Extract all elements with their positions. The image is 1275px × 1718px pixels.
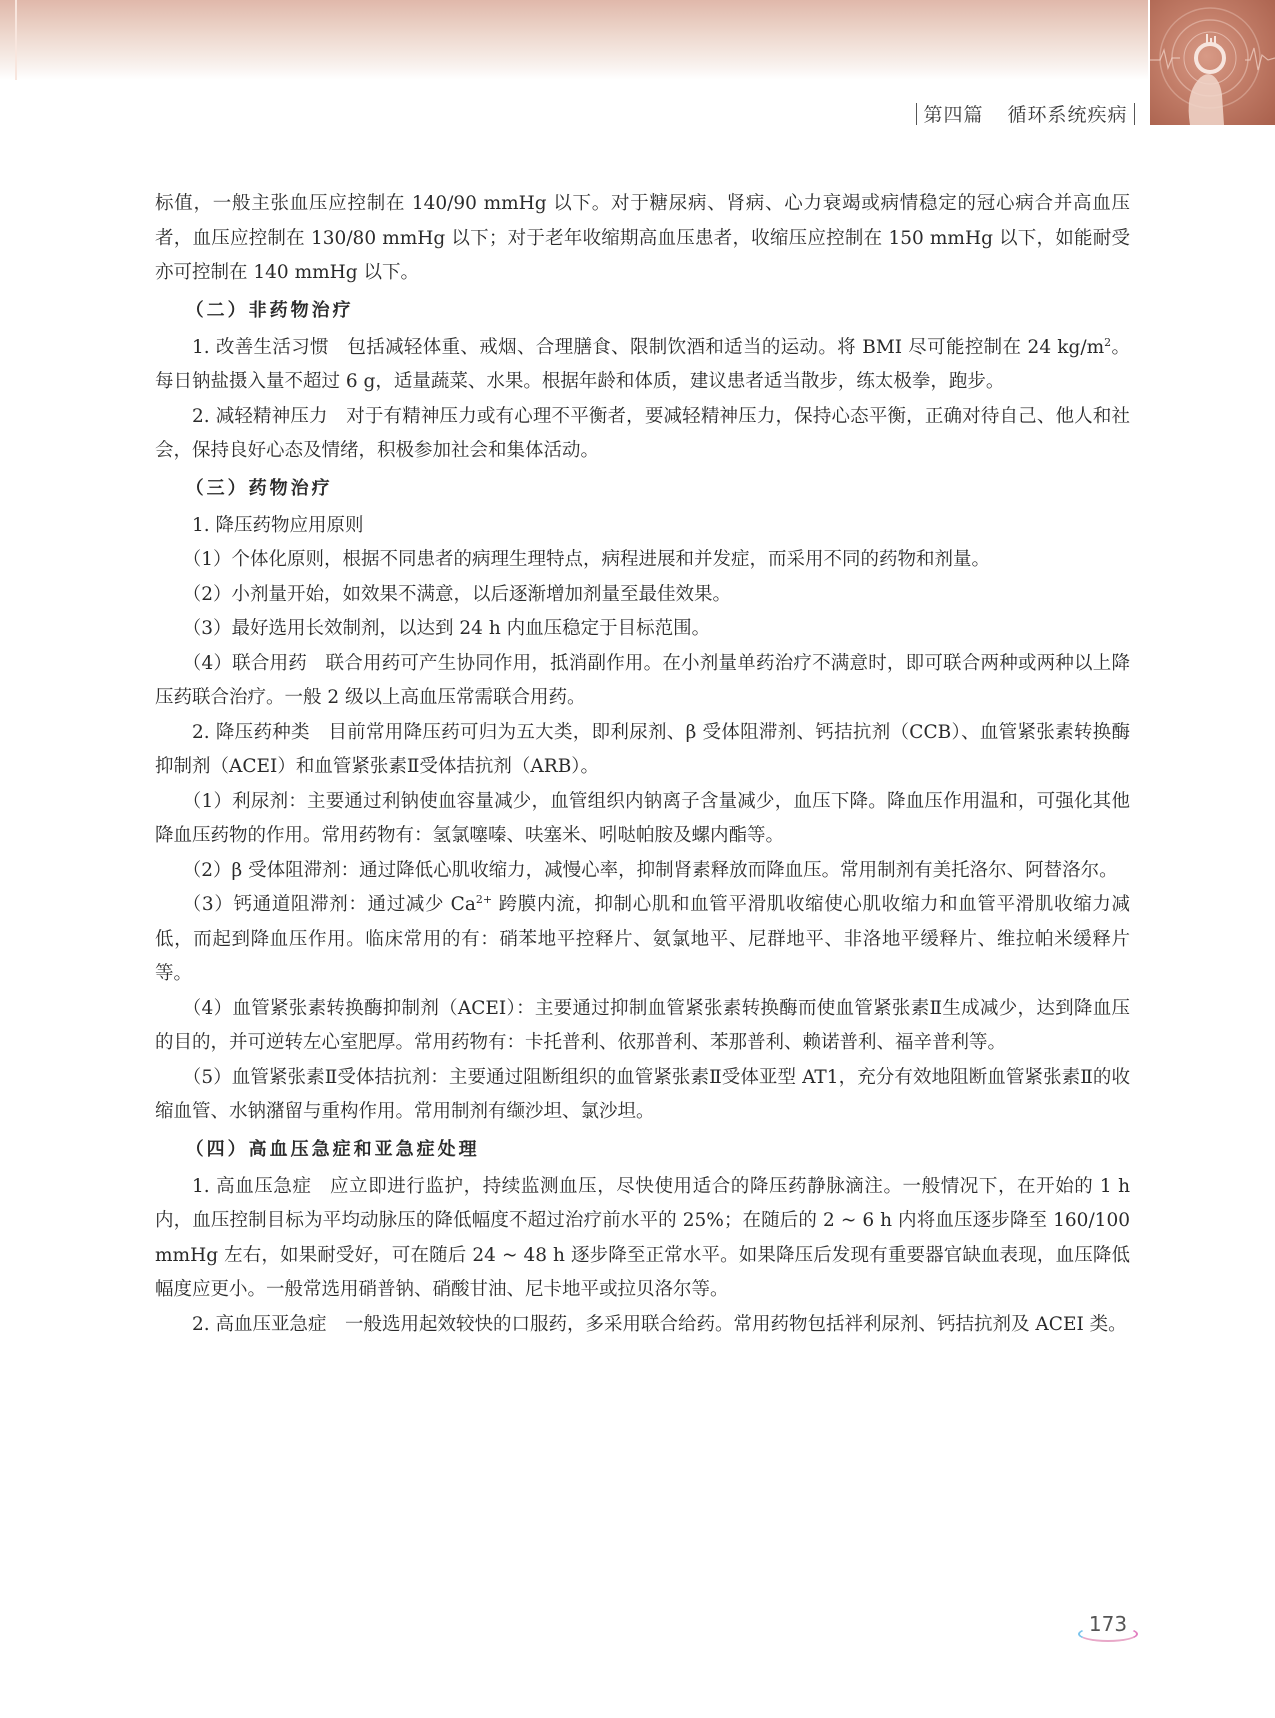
drug-class-ccb: （3）钙通道阻滞剂：通过减少 Ca2+ 跨膜内流，抑制心肌和血管平滑肌收缩使心肌…: [155, 888, 1130, 992]
item-label: （4）联合用药: [183, 653, 307, 674]
drug-class-arb: （5）血管紧张素Ⅱ受体拮抗剂：主要通过阻断组织的血管紧张素Ⅱ受体亚型 AT1，充…: [155, 1061, 1130, 1130]
paragraph-hypertensive-urgency: 2. 高血压亚急症一般选用起效较快的口服药，多采用联合给药。常用药物包括袢利尿剂…: [155, 1308, 1130, 1343]
running-header: 第四篇 循环系统疾病: [916, 100, 1135, 127]
page-number-text: 173: [1089, 1612, 1127, 1636]
part-label: 第四篇: [923, 100, 983, 127]
principle-item: （4）联合用药联合用药可产生协同作用，抵消副作用。在小剂量单药治疗不满意时，即可…: [155, 647, 1130, 716]
section-heading-emergency: （四）高血压急症和亚急症处理: [155, 1130, 1130, 1170]
principles-title: 1. 降压药物应用原则: [155, 509, 1130, 544]
page-body: 标值，一般主张血压应控制在 140/90 mmHg 以下。对于糖尿病、肾病、心力…: [155, 187, 1130, 1342]
paragraph-text: 包括减轻体重、戒烟、合理膳食、限制饮酒和适当的运动。将 BMI 尽可能控制在 2…: [347, 337, 1104, 358]
intro-paragraph: 标值，一般主张血压应控制在 140/90 mmHg 以下。对于糖尿病、肾病、心力…: [155, 187, 1130, 291]
header-divider: [916, 103, 918, 125]
item-label: 2. 降压药种类: [192, 722, 310, 743]
header-band: [0, 0, 1148, 80]
stethoscope-illustration: [1150, 0, 1275, 125]
paragraph-lifestyle: 1. 改善生活习惯包括减轻体重、戒烟、合理膳食、限制饮酒和适当的运动。将 BMI…: [155, 331, 1130, 400]
drug-types-paragraph: 2. 降压药种类目前常用降压药可归为五大类，即利尿剂、β 受体阻滞剂、钙拮抗剂（…: [155, 716, 1130, 785]
paragraph-stress: 2. 减轻精神压力对于有精神压力或有心理不平衡者，要减轻精神压力，保持心态平衡，…: [155, 400, 1130, 469]
principle-item: （2）小剂量开始，如效果不满意，以后逐渐增加剂量至最佳效果。: [155, 578, 1130, 613]
page-number: 173: [1078, 1612, 1138, 1644]
section-heading-drug: （三）药物治疗: [155, 469, 1130, 509]
item-label: 2. 高血压亚急症: [192, 1314, 327, 1335]
drug-class-diuretics: （1）利尿剂：主要通过利钠使血容量减少，血管组织内钠离子含量减少，血压下降。降血…: [155, 785, 1130, 854]
stethoscope-icon: [1150, 0, 1275, 125]
superscript: 2+: [476, 893, 492, 906]
paragraph-hypertensive-emergency: 1. 高血压急症应立即进行监护，持续监测血压，尽快使用适合的降压药静脉滴注。一般…: [155, 1170, 1130, 1308]
drug-class-beta-blockers: （2）β 受体阻滞剂：通过降低心肌收缩力，减慢心率，抑制肾素释放而降血压。常用制…: [155, 854, 1130, 889]
drug-class-acei: （4）血管紧张素转换酶抑制剂（ACEI）：主要通过抑制血管紧张素转换酶而使血管紧…: [155, 992, 1130, 1061]
section-heading-non-drug: （二）非药物治疗: [155, 291, 1130, 331]
item-label: 2. 减轻精神压力: [192, 406, 328, 427]
item-label: 1. 改善生活习惯: [192, 337, 329, 358]
paragraph-text: （3）钙通道阻滞剂：通过减少 Ca: [183, 894, 476, 915]
chapter-title: 循环系统疾病: [1007, 100, 1127, 127]
principle-item: （1）个体化原则，根据不同患者的病理生理特点，病程进展和并发症，而采用不同的药物…: [155, 543, 1130, 578]
item-label: 1. 高血压急症: [192, 1176, 312, 1197]
header-stripe: [15, 0, 17, 80]
principle-item: （3）最好选用长效制剂，以达到 24 h 内血压稳定于目标范围。: [155, 612, 1130, 647]
paragraph-text: 一般选用起效较快的口服药，多采用联合给药。常用药物包括袢利尿剂、钙拮抗剂及 AC…: [345, 1314, 1127, 1335]
header-divider: [1134, 103, 1136, 125]
